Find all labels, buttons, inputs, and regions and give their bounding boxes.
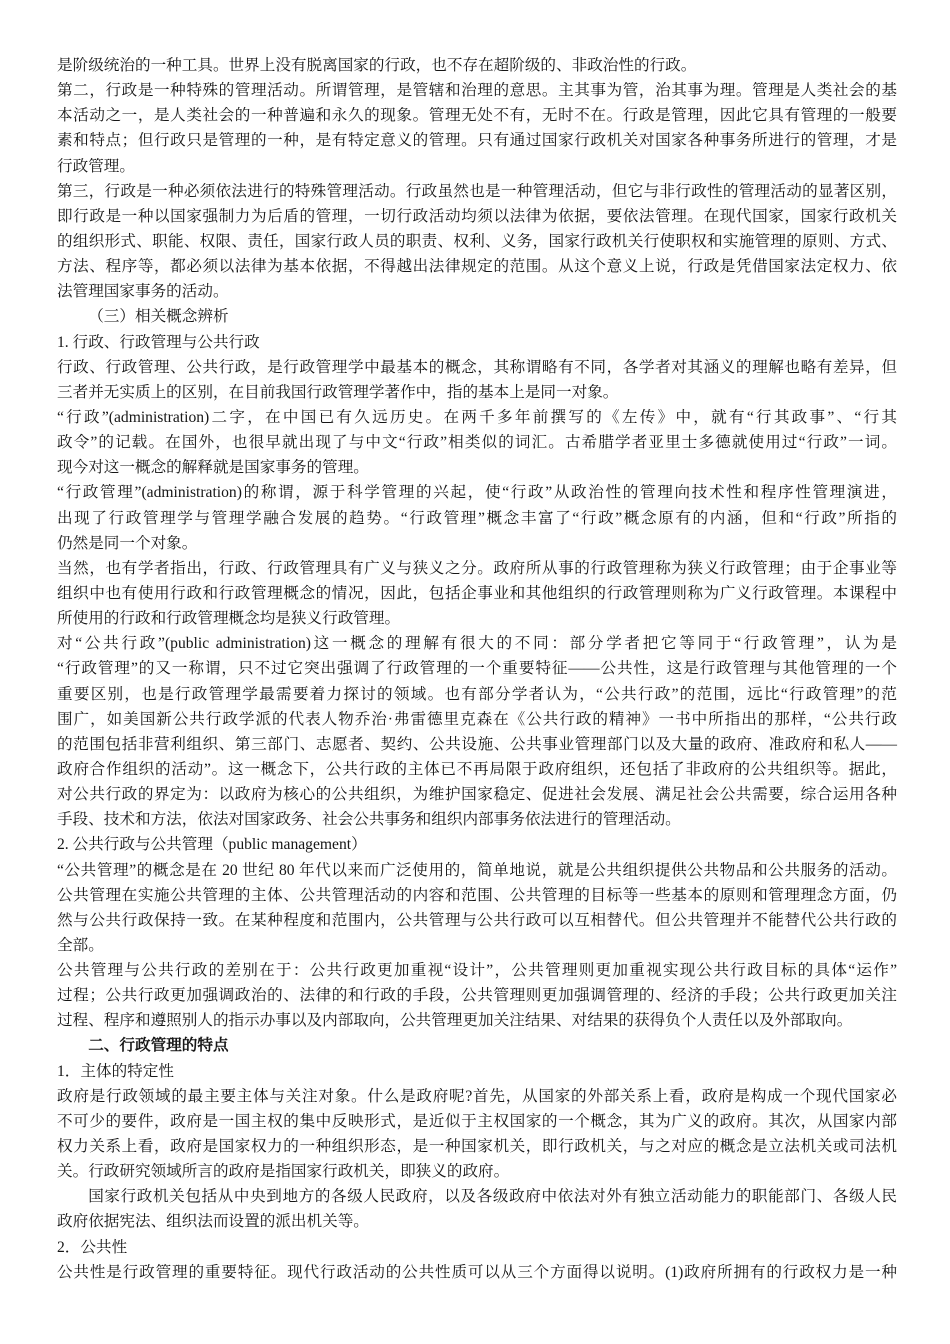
text-line: 公共性是行政管理的重要特征。现代行政活动的公共性质可以从三个方面得以说明。(1)… <box>57 1260 897 1285</box>
text-line: 的范围包括非营利组织、第三部门、志愿者、契约、公共设施、公共事业管理部门以及大量… <box>57 732 897 757</box>
text-line: 1. 行政、行政管理与公共行政 <box>57 330 897 355</box>
text-line: 公共管理在实施公共管理的主体、公共管理活动的内容和范围、公共管理的目标等一些基本… <box>57 883 897 908</box>
text-line: “行政管理”的又一称谓，只不过它突出强调了行政管理的一个重要特征——公共性，这是… <box>57 656 897 681</box>
document-page: 是阶级统治的一种工具。世界上没有脱离国家的行政，也不存在超阶级的、非政治性的行政… <box>0 0 950 1344</box>
text-line: 方法、程序等，都必须以法律为基本依据，不得越出法律规定的范围。从这个意义上说，行… <box>57 254 897 279</box>
text-line: 出现了行政管理学与管理学融合发展的趋势。“行政管理”概念丰富了“行政”概念原有的… <box>57 506 897 531</box>
section-heading: 二、行政管理的特点 <box>57 1033 897 1058</box>
text-line: 仍然是同一个对象。 <box>57 531 897 556</box>
text-line: 法管理国家事务的活动。 <box>57 279 897 304</box>
text-line: 过程；公共行政更加强调政治的、法律的和行政的手段，公共管理则更加强调管理的、经济… <box>57 983 897 1008</box>
text-line: 第二，行政是一种特殊的管理活动。所谓管理，是管辖和治理的意思。主其事为管，治其事… <box>57 78 897 103</box>
text-line: 第三，行政是一种必须依法进行的特殊管理活动。行政虽然也是一种管理活动，但它与非行… <box>57 179 897 204</box>
text-line: 国家行政机关包括从中央到地方的各级人民政府，以及各级政府中依法对外有独立活动能力… <box>57 1184 897 1209</box>
text-line: 公共管理与公共行政的差别在于：公共行政更加重视“设计”，公共管理则更加重视实现公… <box>57 958 897 983</box>
text-line: 即行政是一种以国家强制力为后盾的管理，一切行政活动均须以法律为依据，要依法管理。… <box>57 204 897 229</box>
text-line: 政令”的记载。在国外，也很早就出现了与中文“行政”相类似的词汇。古希腊学者亚里士… <box>57 430 897 455</box>
text-line: 政府合作组织的活动”。这一概念下，公共行政的主体已不再局限于政府组织，还包括了非… <box>57 757 897 782</box>
text-line: 现今对这一概念的解释就是国家事务的管理。 <box>57 455 897 480</box>
text-line: 围广，如美国新公共行政学派的代表人物乔治·弗雷德里克森在《公共行政的精神》一书中… <box>57 707 897 732</box>
text-line: 1．主体的特定性 <box>57 1059 897 1084</box>
text-line: 手段、技术和方法，依法对国家政务、社会公共事务和组织内部事务依法进行的管理活动。 <box>57 807 897 832</box>
text-line: 权力关系上看，政府是国家权力的一种组织形态，是一种国家机关，即行政机关，与之对应… <box>57 1134 897 1159</box>
text-line: 本活动之一，是人类社会的一种普遍和永久的现象。管理无处不有，无时不在。行政是管理… <box>57 103 897 128</box>
text-line: 素和特点；但行政只是管理的一种，是有特定意义的管理。只有通过国家行政机关对国家各… <box>57 128 897 153</box>
text-line: 的组织形式、职能、权限、责任，国家行政人员的职责、权利、义务，国家行政机关行使职… <box>57 229 897 254</box>
text-line: 重要区别，也是行政管理学最需要着力探讨的领域。也有部分学者认为，“公共行政”的范… <box>57 682 897 707</box>
text-line: 三者并无实质上的区别，在目前我国行政管理学著作中，指的基本上是同一对象。 <box>57 380 897 405</box>
text-line: 关。行政研究领域所言的政府是指国家行政机关，即狭义的政府。 <box>57 1159 897 1184</box>
text-line: 行政管理。 <box>57 154 897 179</box>
text-line: 政府依据宪法、组织法而设置的派出机关等。 <box>57 1209 897 1234</box>
text-line: 2. 公共行政与公共管理（public management） <box>57 832 897 857</box>
text-line: 2．公共性 <box>57 1235 897 1260</box>
text-line: 所使用的行政和行政管理概念均是狭义行政管理。 <box>57 606 897 631</box>
text-line: 对“公共行政”(public administration)这一概念的理解有很大… <box>57 631 897 656</box>
text-line: 全部。 <box>57 933 897 958</box>
text-line: 行政、行政管理、公共行政，是行政管理学中最基本的概念，其称谓略有不同，各学者对其… <box>57 355 897 380</box>
text-line: 当然，也有学者指出，行政、行政管理具有广义与狭义之分。政府所从事的行政管理称为狭… <box>57 556 897 581</box>
text-line: 然与公共行政保持一致。在某种程度和范围内，公共管理与公共行政可以互相替代。但公共… <box>57 908 897 933</box>
text-line: “公共管理”的概念是在 20 世纪 80 年代以来而广泛使用的，简单地说，就是公… <box>57 858 897 883</box>
text-line: “行政管理”(administration)的称谓，源于科学管理的兴起，使“行政… <box>57 480 897 505</box>
text-line: 对公共行政的界定为：以政府为核心的公共组织，为维护国家稳定、促进社会发展、满足社… <box>57 782 897 807</box>
text-line: 过程、程序和遵照别人的指示办事以及内部取向，公共管理更加关注结果、对结果的获得负… <box>57 1008 897 1033</box>
text-line: 政府是行政领域的最主要主体与关注对象。什么是政府呢?首先，从国家的外部关系上看，… <box>57 1084 897 1109</box>
text-line: 不可少的要件，政府是一国主权的集中反映形式，是近似于主权国家的一个概念，其为广义… <box>57 1109 897 1134</box>
text-line: “行政”(administration)二字，在中国已有久远历史。在两千多年前撰… <box>57 405 897 430</box>
text-line: 组织中也有使用行政和行政管理概念的情况，因此，包括企事业和其他组织的行政管理则称… <box>57 581 897 606</box>
text-line: （三）相关概念辨析 <box>57 304 897 329</box>
text-line: 是阶级统治的一种工具。世界上没有脱离国家的行政，也不存在超阶级的、非政治性的行政… <box>57 53 897 78</box>
